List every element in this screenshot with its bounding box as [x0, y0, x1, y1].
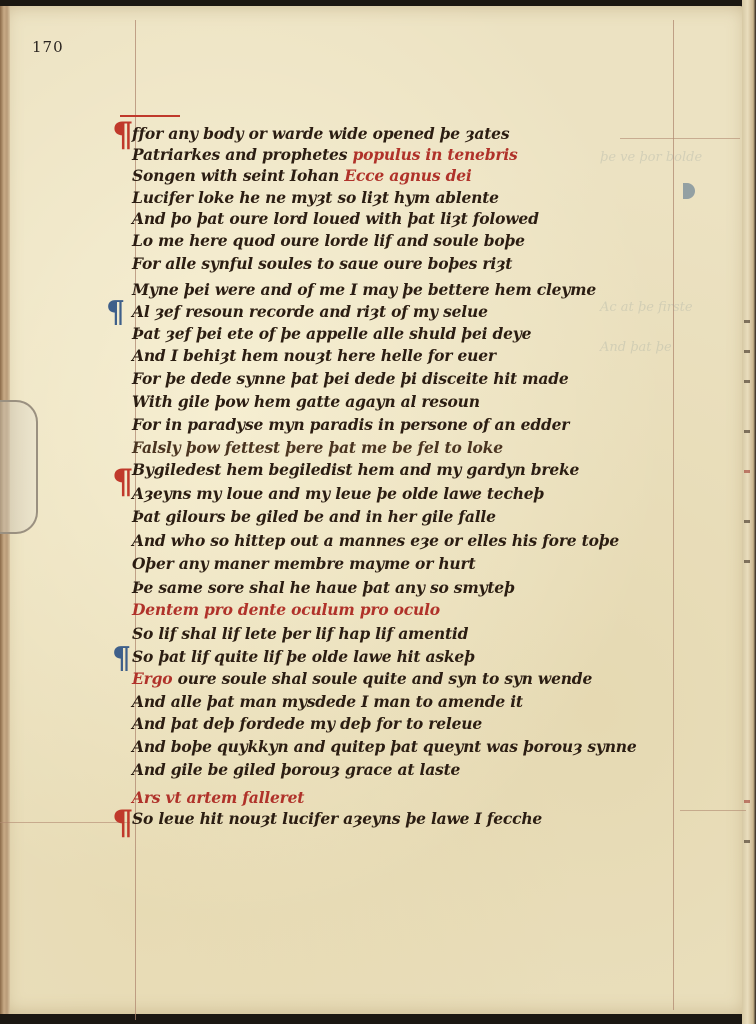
text-line: Bygiledest hem begiledist hem and my gar… [132, 460, 579, 479]
red-initial-paraph: ¶ [112, 806, 134, 840]
show-through-text: Ac at þe firste [600, 300, 693, 315]
text-line: For alle synful soules to saue oure boþe… [132, 254, 512, 273]
text-line: With gile þow hem gatte agayn al resoun [132, 392, 480, 411]
text-line: Þat ȝef þei ete of þe appelle alle shuld… [132, 324, 531, 343]
ruling-top [620, 138, 740, 139]
rubric: Ars vt artem falleret [132, 788, 304, 807]
ruling-bottom-right [680, 810, 746, 811]
text-line: And þo þat oure lord loued with þat liȝt… [132, 209, 539, 228]
blue-paraph: ¶ [106, 296, 125, 330]
rubric: Ergo [132, 669, 172, 688]
page-edge-right [742, 0, 756, 1024]
text-line: So lif shal lif lete þer lif hap lif ame… [132, 624, 468, 643]
rubric: populus in tenebris [352, 145, 517, 164]
text-line: So þat lif quite lif þe olde lawe hit as… [132, 647, 475, 666]
text-line: And gile be giled þorouȝ grace at laste [132, 760, 460, 779]
text-line: Ars vt artem falleret [132, 788, 304, 807]
red-initial-paraph: ¶ [112, 118, 134, 152]
text-line: Ergo oure soule shal soule quite and syn… [132, 669, 592, 688]
show-through-text: And þat þe [600, 340, 672, 355]
text-line: For in paradyse myn paradis in persone o… [132, 415, 569, 434]
rubric: Ecce agnus dei [344, 166, 471, 185]
text-line: And þat deþ fordede my deþ for to releue [132, 714, 482, 733]
show-through-text: þe ve þor bolde [600, 150, 702, 165]
text-line: ffor any body or warde wide opened þe ȝa… [132, 124, 509, 143]
text-line: Lo me here quod oure lorde lif and soule… [132, 231, 525, 250]
text-line: And boþe quykkyn and quitep þat queynt w… [132, 737, 637, 756]
book-clasp [0, 400, 38, 534]
text-line: Oþer any maner membre mayme or hurt [132, 554, 475, 573]
text-line: Al ȝef resoun recorde and riȝt of my sel… [132, 302, 488, 321]
blue-paraph: ¶ [112, 642, 131, 676]
text-line: Þe same sore shal he haue þat any so smy… [132, 578, 515, 597]
folio-number: 170 [32, 38, 64, 56]
text-line: Aȝeyns my loue and my leue þe olde lawe … [132, 484, 544, 503]
text-line: Patriarkes and prophetes populus in tene… [132, 145, 518, 164]
text-line: Þat gilours be giled be and in her gile … [132, 507, 496, 526]
text-line: Songen with seint Iohan Ecce agnus dei [132, 166, 472, 185]
text-line: For þe dede synne þat þei dede þi discei… [132, 369, 569, 388]
text-line: And alle þat man mysdede I man to amende… [132, 692, 523, 711]
text-line: Myne þei were and of me I may þe bettere… [132, 280, 596, 299]
red-initial-stroke [120, 115, 180, 117]
text-line: So leue hit nouȝt lucifer aȝeyns þe lawe… [132, 809, 542, 828]
text-line: Lucifer loke he ne myȝt so liȝt hym able… [132, 188, 499, 207]
rubric: Dentem pro dente oculum pro oculo [132, 600, 440, 619]
text-line: And I behiȝt hem nouȝt here helle for eu… [132, 346, 496, 365]
text-line: Dentem pro dente oculum pro oculo [132, 600, 440, 619]
text-line: And who so hittep out a mannes eȝe or el… [132, 531, 619, 550]
red-initial-paraph: ¶ [112, 465, 134, 499]
ruling-right [673, 20, 674, 1010]
text-line: Falsly þow fettest þere þat me be fel to… [132, 438, 503, 457]
ruling-bottom [0, 822, 130, 823]
